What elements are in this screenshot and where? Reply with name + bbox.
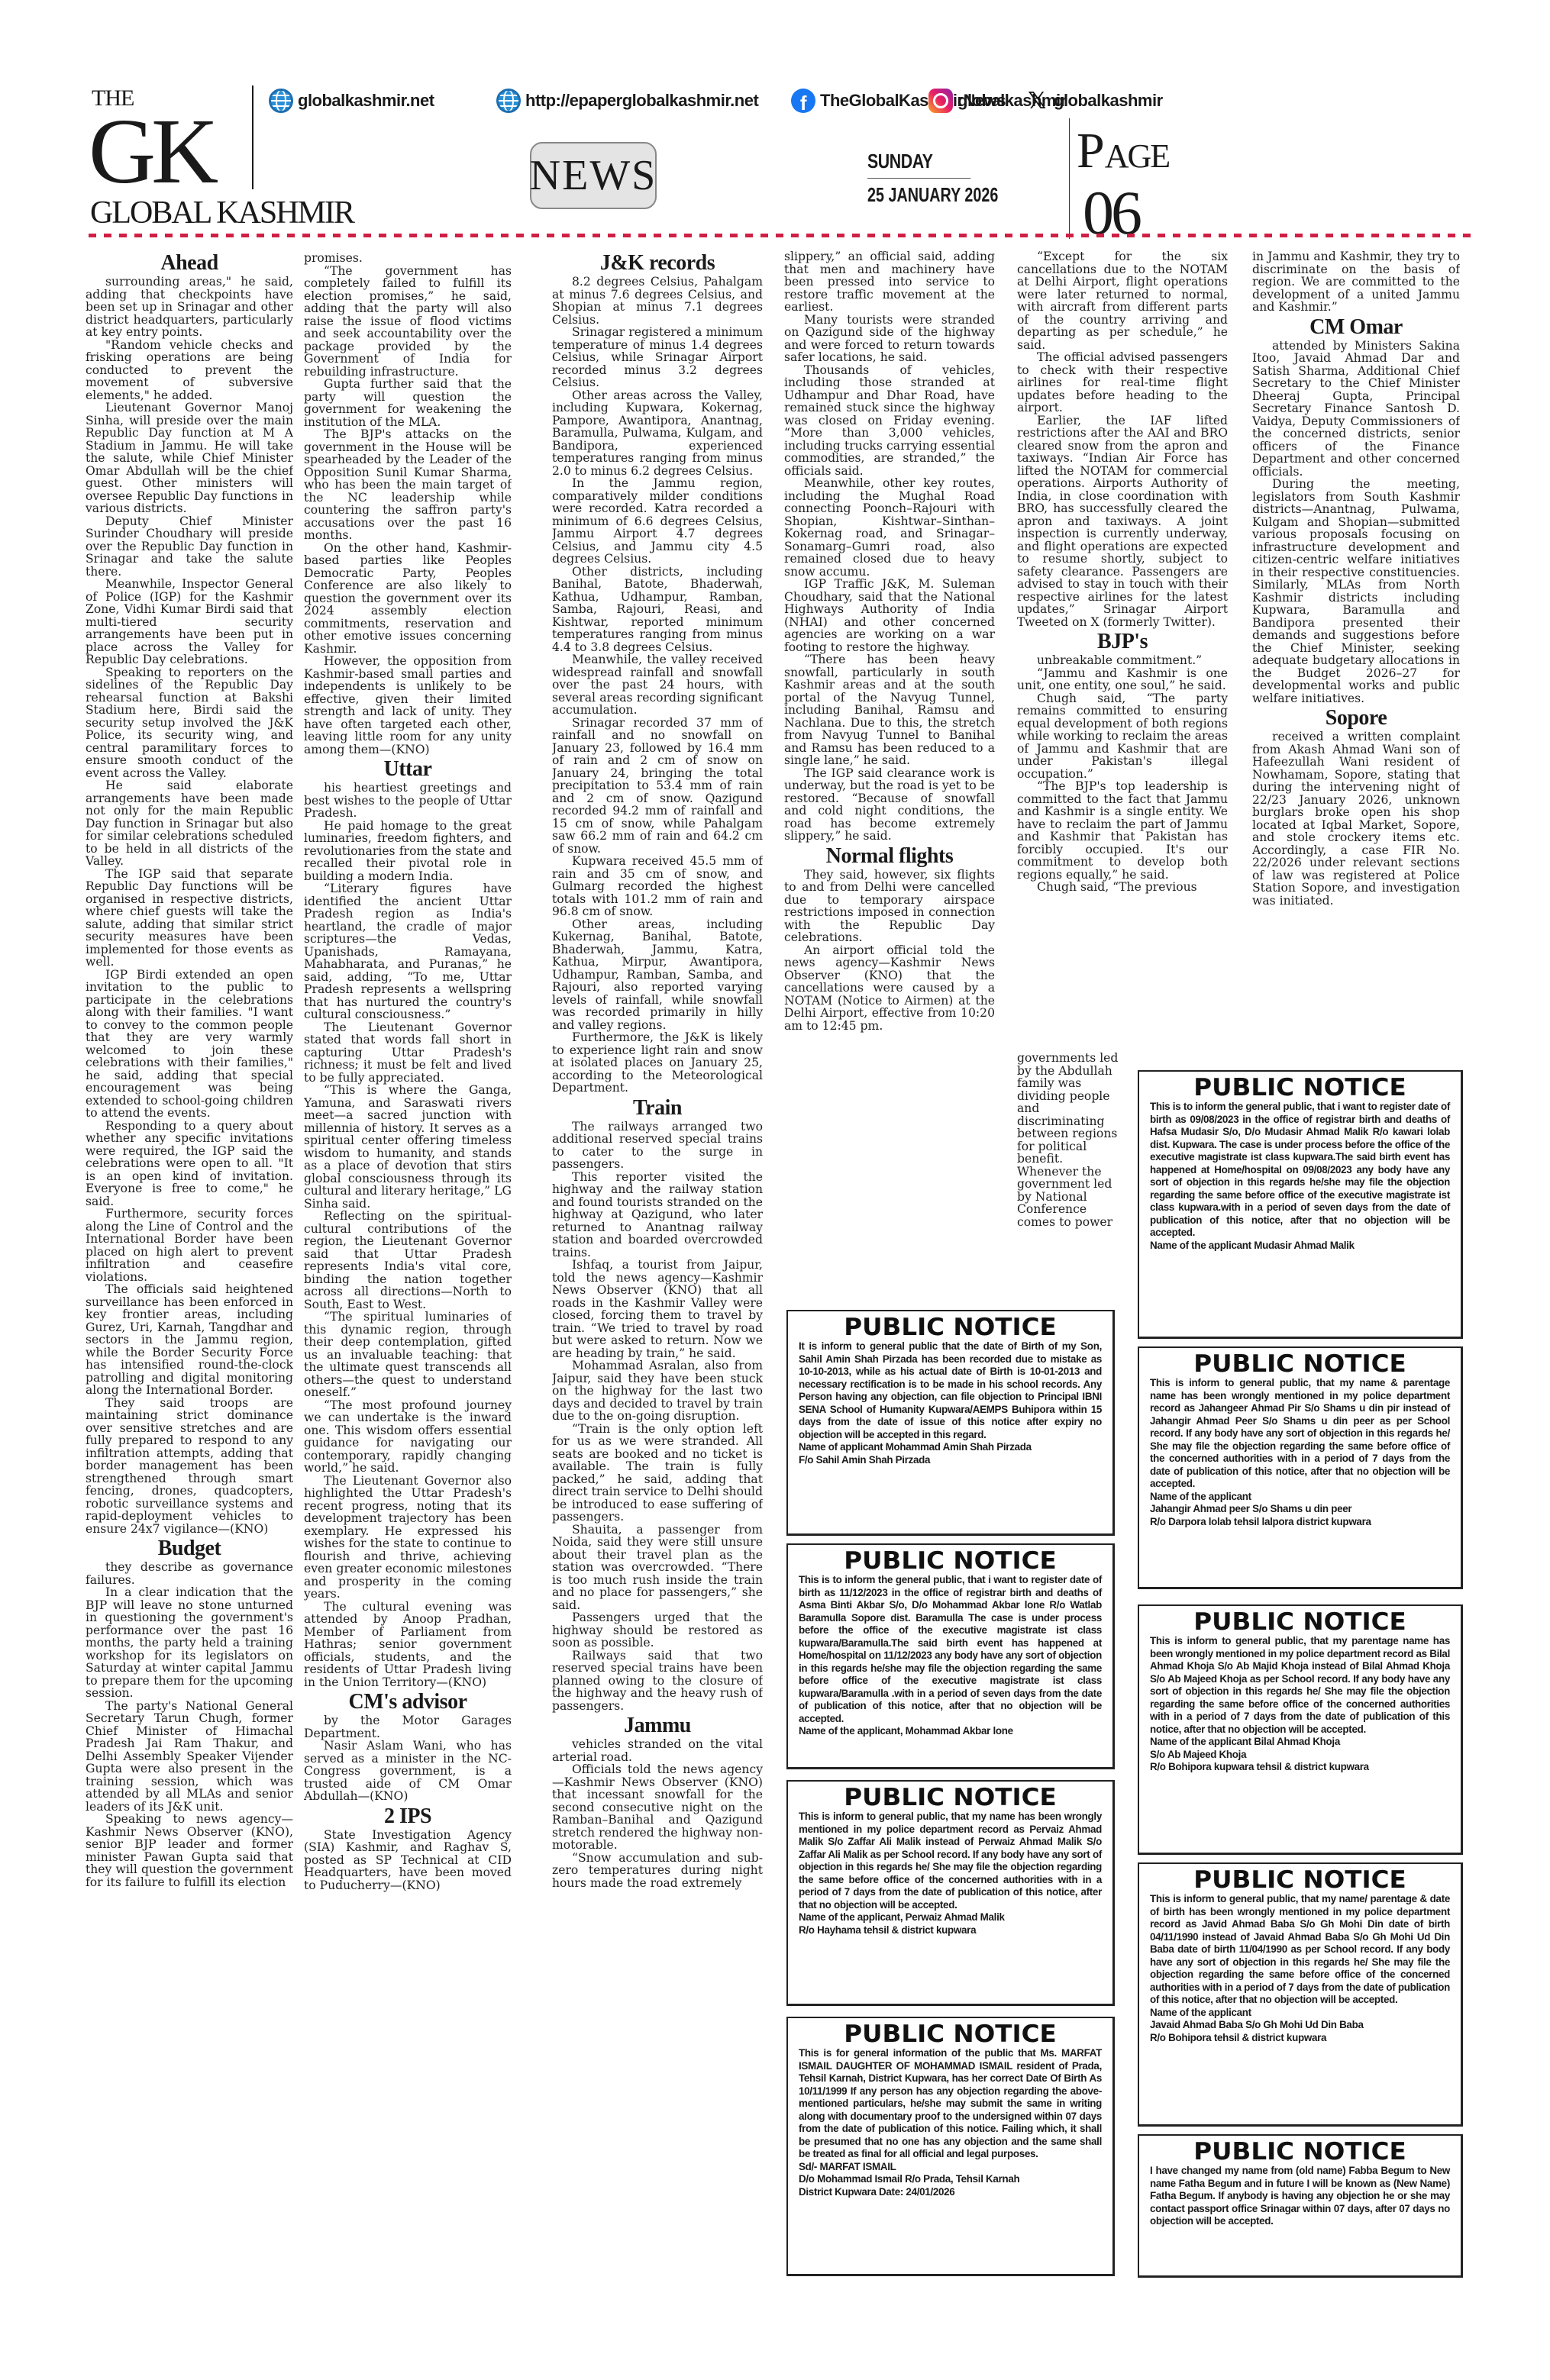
paragraph: He paid homage to the great luminaries, … — [304, 820, 512, 883]
paragraph: The IGP said that separate Republic Day … — [86, 868, 293, 969]
paragraph: "Random vehicle checks and frisking oper… — [86, 339, 293, 402]
paragraph: vehicles stranded on the vital arterial … — [552, 1738, 763, 1763]
notice-signature: R/o Bohipora tehsil & district kupwara — [1150, 2032, 1450, 2045]
paragraph: Meanwhile, other key routes, including t… — [784, 477, 995, 578]
paragraph: by the Motor Garages Department. — [304, 1714, 512, 1740]
paragraph: “The most profound journey we can undert… — [304, 1399, 512, 1475]
column-6: in Jammu and Kashmir, they try to discri… — [1252, 250, 1460, 1059]
paragraph: Srinagar registered a minimum temperatur… — [552, 326, 763, 389]
notice-title: PUBLIC NOTICE — [791, 1785, 1109, 1811]
column-4: slippery,” an official said, adding that… — [784, 250, 995, 1304]
notice-signature: Name of the applicant, Mohammad Akbar lo… — [799, 1725, 1102, 1738]
headline-uttar: Uttar — [304, 758, 512, 781]
paragraph: Speaking to news agency—Kashmir News Obs… — [86, 1813, 293, 1888]
headline-normal-flights: Normal flights — [784, 845, 995, 868]
paragraph: The BJP's attacks on the government in t… — [304, 428, 512, 542]
paragraph: The Lieutenant Governor also highlighted… — [304, 1475, 512, 1601]
paragraph: unbreakable commitment.” — [1017, 654, 1228, 667]
notice-body: This is to inform the general public, th… — [1150, 1101, 1450, 1240]
paragraph: Furthermore, the J&K is likely to experi… — [552, 1031, 763, 1095]
epaper-label: http://epaperglobalkashmir.net — [525, 91, 758, 111]
paragraph: “Train is the only option left for us as… — [552, 1423, 763, 1524]
logo-global-kashmir: GLOBAL KASHMIR — [90, 195, 354, 231]
column-1: Ahead surrounding areas," he said, addin… — [86, 252, 293, 2366]
notice-body: This is inform to general public, that m… — [1150, 1893, 1450, 2007]
epaper-link[interactable]: http://epaperglobalkashmir.net — [496, 85, 758, 116]
headline-sopore: Sopore — [1252, 707, 1460, 730]
paragraph: Passengers urged that the highway should… — [552, 1611, 763, 1650]
paragraph: Furthermore, security forces along the L… — [86, 1208, 293, 1283]
paragraph: However, the opposition from Kashmir-bas… — [304, 655, 512, 756]
paragraph: Chugh said, “The previous — [1017, 881, 1228, 894]
paragraph: The party's National General Secretary T… — [86, 1700, 293, 1814]
issue-date: 25 JANUARY 2026 — [867, 179, 946, 207]
headline-cms-advisor: CM's advisor — [304, 1691, 512, 1714]
notice-body: It is inform to general public that the … — [799, 1340, 1102, 1441]
paragraph: Officials told the news agency—Kashmir N… — [552, 1763, 763, 1852]
paragraph: in Jammu and Kashmir, they try to discri… — [1252, 250, 1460, 314]
notice-title: PUBLIC NOTICE — [791, 1314, 1109, 1340]
paragraph: Ishfaq, a tourist from Jaipur, told the … — [552, 1259, 763, 1359]
page-label: PAGE — [1077, 128, 1169, 176]
section-badge: NEWS — [530, 142, 657, 209]
globe-icon — [496, 89, 521, 113]
paragraph: An airport official told the news agency… — [784, 944, 995, 1033]
notice-signature: District Kupwara Date: 24/01/2026 — [799, 2186, 1102, 2199]
paragraph: “There has been heavy snowfall, particul… — [784, 653, 995, 767]
page-divider — [1069, 118, 1070, 239]
paragraph: On the other hand, Kashmir-based parties… — [304, 542, 512, 656]
paragraph: Srinagar recorded 37 mm of rainfall and … — [552, 717, 763, 856]
paragraph: Responding to a query about whether any … — [86, 1120, 293, 1208]
paragraph: “The BJP's top leadership is committed t… — [1017, 780, 1228, 881]
public-notice: PUBLIC NOTICE This is inform to general … — [1138, 1604, 1463, 1855]
paragraph: Other districts, including Banihal, Bato… — [552, 566, 763, 654]
column-3: J&K records 8.2 degrees Celsius, Pahalga… — [552, 252, 763, 2366]
paragraph: Speaking to reporters on the sidelines o… — [86, 666, 293, 780]
x-link[interactable]: 𝕏 globalkashmir — [1025, 85, 1163, 116]
public-notice: PUBLIC NOTICE It is inform to general pu… — [786, 1310, 1115, 1536]
paragraph: State Investigation Agency (SIA) Kashmir… — [304, 1829, 512, 1892]
notice-signature: R/o Hayhama tehsil & district kupwara — [799, 1924, 1102, 1937]
notice-title: PUBLIC NOTICE — [1142, 1075, 1458, 1101]
notice-body: This is inform to general public, that m… — [1150, 1635, 1450, 1736]
paragraph: Other areas across the Valley, including… — [552, 389, 763, 478]
paragraph: Chugh said, “The party remains committed… — [1017, 692, 1228, 781]
paragraph: Shauita, a passenger from Noida, said th… — [552, 1524, 763, 1612]
paragraph: “Literary figures have identified the an… — [304, 882, 512, 1021]
paragraph: Reflecting on the spiritual-cultural con… — [304, 1210, 512, 1311]
headline-cm-omar: CM Omar — [1252, 316, 1460, 339]
paragraph: received a written complaint from Akash … — [1252, 730, 1460, 907]
paragraph: governments led by the Abdullah family w… — [1017, 1052, 1121, 1228]
issue-day: SUNDAY — [867, 150, 970, 179]
paragraph: “The spiritual luminaries of this dynami… — [304, 1311, 512, 1399]
page-number: 06 — [1083, 177, 1139, 249]
paragraph: “The government has completely failed to… — [304, 265, 512, 379]
public-notice: PUBLIC NOTICE This is inform to general … — [786, 1780, 1115, 2006]
dateline: SUNDAY 25 JANUARY 2026 — [867, 150, 971, 207]
paragraph: This reporter visited the highway and th… — [552, 1171, 763, 1259]
logo-divider — [252, 85, 253, 189]
headline-2-ips: 2 IPS — [304, 1805, 512, 1828]
notice-signature: Name of the applicant Bilal Ahmad Khoja — [1150, 1736, 1450, 1749]
public-notice: PUBLIC NOTICE This is to inform the gene… — [786, 1543, 1115, 1769]
public-notice: PUBLIC NOTICE This is inform to general … — [1138, 1346, 1463, 1589]
paragraph: In the Jammu region, comparatively milde… — [552, 477, 763, 566]
headline-train: Train — [552, 1097, 763, 1120]
paragraph: Railways said that two reserved special … — [552, 1650, 763, 1713]
paragraph: they describe as governance failures. — [86, 1561, 293, 1586]
paragraph: surrounding areas," he said, adding that… — [86, 276, 293, 339]
headline-budget: Budget — [86, 1537, 293, 1560]
paragraph: The IGP said clearance work is underway,… — [784, 767, 995, 843]
paragraph: attended by Ministers Sakina Itoo, Javai… — [1252, 340, 1460, 479]
notice-title: PUBLIC NOTICE — [791, 1548, 1109, 1574]
masthead: THE GK GLOBAL KASHMIR globalkashmir.net … — [0, 0, 1550, 244]
x-icon: 𝕏 — [1025, 89, 1049, 113]
column-5-continued: governments led by the Abdullah family w… — [1017, 1052, 1121, 1311]
notice-signature: R/o Darpora lolab tehsil lalpora distric… — [1150, 1516, 1450, 1529]
notice-signature: Name of the applicant — [1150, 1491, 1450, 1504]
paragraph: Deputy Chief Minister Surinder Choudhary… — [86, 515, 293, 579]
paragraph: Thousands of vehicles, including those s… — [784, 364, 995, 478]
x-label: globalkashmir — [1054, 91, 1163, 111]
headline-jammu: Jammu — [552, 1714, 763, 1737]
notice-body: I have changed my name from (old name) F… — [1150, 2165, 1450, 2228]
notice-title: PUBLIC NOTICE — [1142, 1609, 1458, 1635]
public-notice: PUBLIC NOTICE This is to inform the gene… — [1138, 1070, 1463, 1339]
notice-signature: Name of the applicant, Perwaiz Ahmad Mal… — [799, 1911, 1102, 1924]
paragraph: “Snow accumulation and sub-zero temperat… — [552, 1852, 763, 1890]
paragraph: Mohammad Asralan, also from Jaipur, said… — [552, 1359, 763, 1423]
dashed-rule — [89, 234, 1472, 237]
paragraph: Earlier, the IAF lifted restrictions aft… — [1017, 414, 1228, 629]
paragraph: Many tourists were stranded on Qazigund … — [784, 314, 995, 364]
paragraph: Meanwhile, Inspector General of Police (… — [86, 578, 293, 666]
paragraph: He said elaborate arrangements have been… — [86, 779, 293, 868]
public-notice: PUBLIC NOTICE I have changed my name fro… — [1138, 2134, 1463, 2278]
notice-title: PUBLIC NOTICE — [1142, 2139, 1458, 2165]
column-2: promises. “The government has completely… — [304, 252, 512, 2298]
paragraph: During the meeting, legislators from Sou… — [1252, 478, 1460, 705]
paragraph: Kupwara received 45.5 mm of rain and 35 … — [552, 855, 763, 918]
paragraph: The official advised passengers to check… — [1017, 351, 1228, 414]
paragraph: Other areas, including Kukernag, Banihal… — [552, 918, 763, 1032]
public-notice: PUBLIC NOTICE This is for general inform… — [786, 2017, 1115, 2276]
paragraph: The Lieutenant Governor stated that word… — [304, 1021, 512, 1085]
paragraph: IGP Birdi extended an open invitation to… — [86, 969, 293, 1120]
website-label: globalkashmir.net — [298, 91, 434, 111]
paragraph: IGP Traffic J&K, M. Suleman Choudhary, s… — [784, 578, 995, 653]
paragraph: “Jammu and Kashmir is one unit, one enti… — [1017, 667, 1228, 692]
paragraph: Meanwhile, the valley received widesprea… — [552, 653, 763, 717]
notice-signature: Name of applicant Mohammad Amin Shah Pir… — [799, 1441, 1102, 1454]
paragraph: The officials said heightened surveillan… — [86, 1283, 293, 1397]
notice-signature: Javaid Ahmad Baba S/o Gh Mohi Ud Din Bab… — [1150, 2019, 1450, 2032]
notice-title: PUBLIC NOTICE — [1142, 1351, 1458, 1377]
notice-title: PUBLIC NOTICE — [1142, 1867, 1458, 1893]
paragraph: They said, however, six flights to and f… — [784, 869, 995, 944]
facebook-icon: f — [791, 89, 815, 113]
paragraph: promises. — [304, 252, 512, 265]
paragraph: Lieutenant Governor Manoj Sinha, will pr… — [86, 402, 293, 515]
column-5: “Except for the six cancellations due to… — [1017, 250, 1228, 1052]
globe-icon — [269, 89, 293, 113]
notice-signature: Jahangir Ahmad peer S/o Shams u din peer — [1150, 1503, 1450, 1516]
public-notice: PUBLIC NOTICE This is inform to general … — [1138, 1862, 1463, 2127]
paragraph: They said troops are maintaining strict … — [86, 1397, 293, 1536]
paragraph: “This is where the Ganga, Yamuna, and Sa… — [304, 1084, 512, 1210]
paragraph: The cultural evening was attended by Ano… — [304, 1601, 512, 1689]
notice-body: This is to inform the general public, th… — [799, 1574, 1102, 1725]
paragraph: “Except for the six cancellations due to… — [1017, 250, 1228, 351]
notice-signature: Sd/- MARFAT ISMAIL — [799, 2161, 1102, 2174]
notice-body: This is inform to general public, that m… — [799, 1811, 1102, 1911]
notice-signature: Name of the applicant — [1150, 2007, 1450, 2020]
logo-gk: GK — [89, 105, 214, 198]
notice-signature: Name of the applicant Mudasir Ahmad Mali… — [1150, 1240, 1450, 1253]
notice-signature: D/o Mohammad Ismail R/o Prada, Tehsil Ka… — [799, 2173, 1102, 2186]
paragraph: his heartiest greetings and best wishes … — [304, 782, 512, 820]
paragraph: 8.2 degrees Celsius, Pahalgam at minus 7… — [552, 276, 763, 326]
paragraph: slippery,” an official said, adding that… — [784, 250, 995, 314]
paragraph: In a clear indication that the BJP will … — [86, 1586, 293, 1700]
notice-signature: S/o Ab Majeed Khoja — [1150, 1749, 1450, 1762]
paragraph: Nasir Aslam Wani, who has served as a mi… — [304, 1740, 512, 1803]
paragraph: The railways arranged two additional res… — [552, 1121, 763, 1171]
instagram-icon — [928, 89, 953, 113]
notice-signature: F/o Sahil Amin Shah Pirzada — [799, 1454, 1102, 1467]
notice-signature: R/o Bohipora kupwara tehsil & district k… — [1150, 1761, 1450, 1774]
website-link[interactable]: globalkashmir.net — [269, 85, 434, 116]
headline-bjps: BJP's — [1017, 630, 1228, 653]
headline-ahead: Ahead — [86, 252, 293, 275]
notice-title: PUBLIC NOTICE — [791, 2021, 1109, 2047]
notice-body: This is for general information of the p… — [799, 2047, 1102, 2161]
paragraph: Gupta further said that the party will q… — [304, 378, 512, 428]
headline-jk-records: J&K records — [552, 252, 763, 275]
notice-body: This is inform to general public, that m… — [1150, 1377, 1450, 1491]
